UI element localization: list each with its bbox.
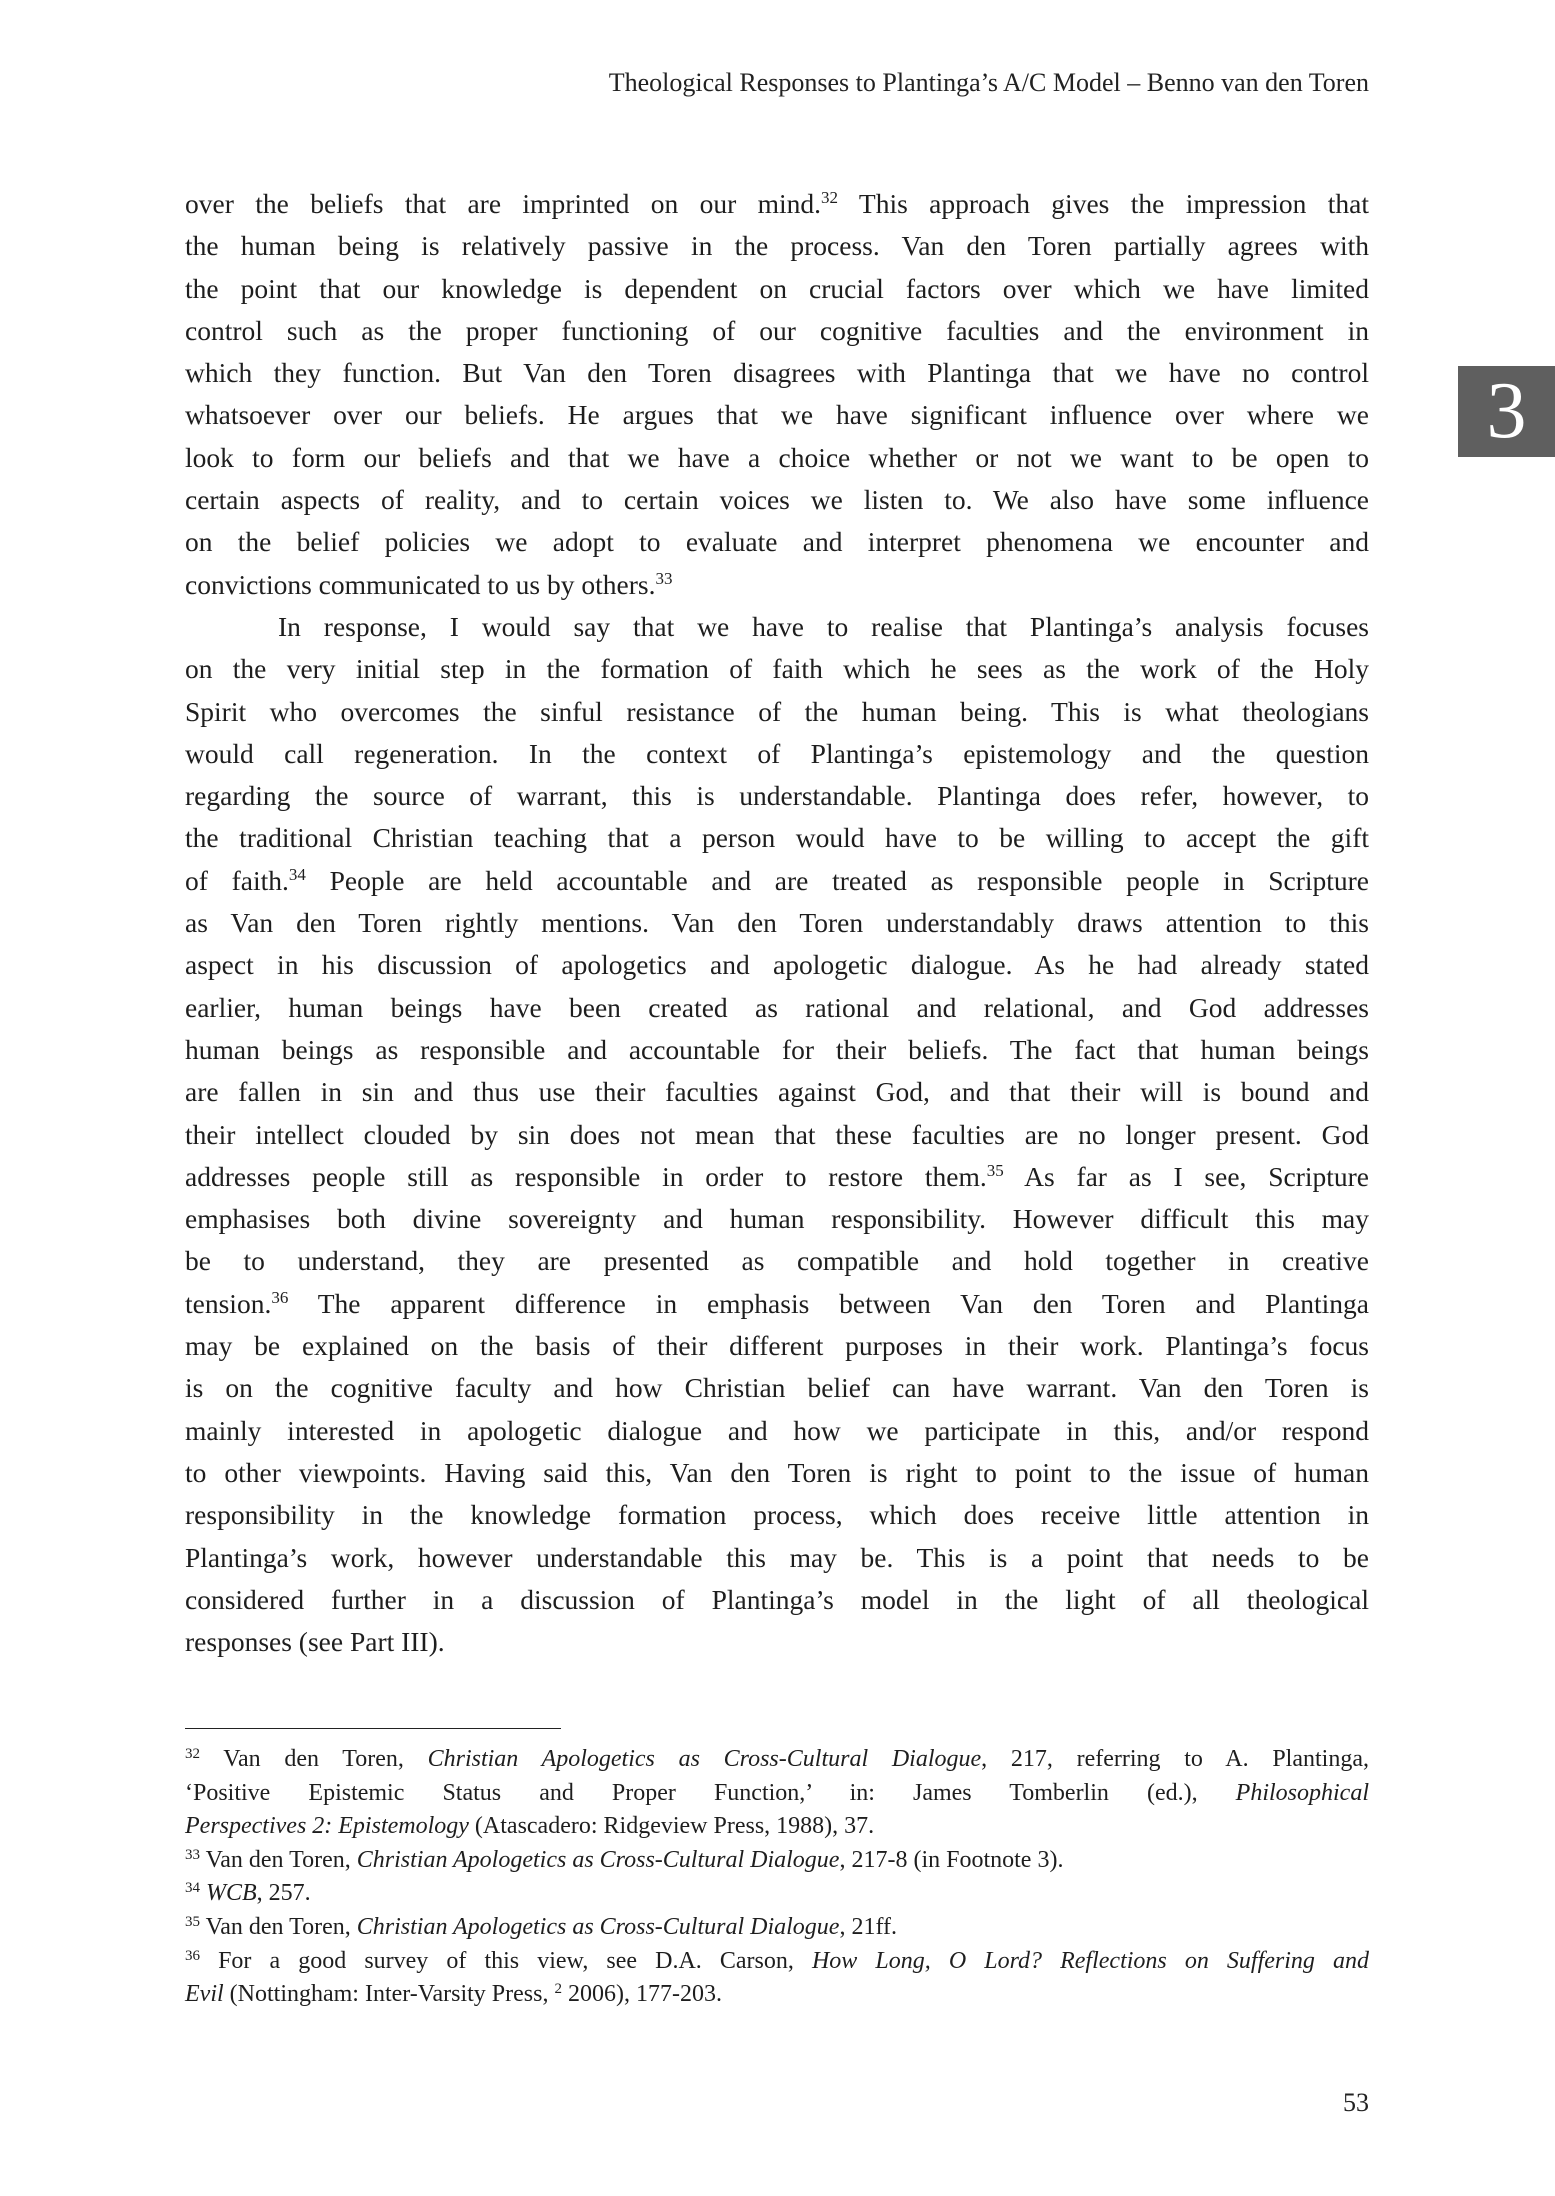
italic-title: Christian Apologetics as Cross-Cultural … — [357, 1847, 840, 1873]
footnote-line: 35 Van den Toren, Christian Apologetics … — [185, 1911, 1369, 1945]
text-line: on the belief policies we adopt to evalu… — [185, 521, 1369, 563]
footnote-ref[interactable]: 35 — [987, 1161, 1004, 1180]
text-line: of faith.34 People are held accountable … — [185, 860, 1369, 902]
footnote-text: 2006), 177-203. — [562, 1981, 722, 2007]
text-line: over the beliefs that are imprinted on o… — [185, 183, 1369, 225]
footnote-33: 33 Van den Toren, Christian Apologetics … — [185, 1844, 1369, 1878]
footnote-34: 34 WCB, 257. — [185, 1877, 1369, 1911]
footnote-line: Evil (Nottingham: Inter-Varsity Press, 2… — [185, 1978, 1369, 2012]
footnote-ref[interactable]: 33 — [655, 569, 672, 588]
footnote-line: Perspectives 2: Epistemology (Atascadero… — [185, 1810, 1369, 1844]
footnote-text: , 21ff. — [839, 1914, 897, 1940]
footnote-text: For a good survey of this view, see D.A.… — [200, 1948, 812, 1974]
text-line: be to understand, they are presented as … — [185, 1240, 1369, 1282]
text-line: to other viewpoints. Having said this, V… — [185, 1452, 1369, 1494]
chapter-tab: 3 — [1458, 366, 1555, 457]
text-line: emphasises both divine sovereignty and h… — [185, 1198, 1369, 1240]
footnote-text: , 217, referring to A. Plantinga, — [981, 1746, 1369, 1772]
text-line: convictions communicated to us by others… — [185, 564, 1369, 606]
footnote-36: 36 For a good survey of this view, see D… — [185, 1945, 1369, 2012]
text-line: the traditional Christian teaching that … — [185, 817, 1369, 859]
footnote-text: (Atascadero: Ridgeview Press, 1988), 37. — [469, 1813, 874, 1839]
footnote-line: 32 Van den Toren, Christian Apologetics … — [185, 1743, 1369, 1777]
paragraph: In response, I would say that we have to… — [185, 606, 1369, 1663]
text-line: would call regeneration. In the context … — [185, 733, 1369, 775]
footnote-line: 33 Van den Toren, Christian Apologetics … — [185, 1844, 1369, 1878]
text-line: as Van den Toren rightly mentions. Van d… — [185, 902, 1369, 944]
footnote-text: Van den Toren, — [200, 1746, 428, 1772]
text-line: the point that our knowledge is dependen… — [185, 268, 1369, 310]
text-line: tension.36 The apparent difference in em… — [185, 1283, 1369, 1325]
footnote-32: 32 Van den Toren, Christian Apologetics … — [185, 1743, 1369, 1844]
footnote-35: 35 Van den Toren, Christian Apologetics … — [185, 1911, 1369, 1945]
footnote-ref[interactable]: 32 — [821, 188, 838, 207]
italic-title: Christian Apologetics as Cross-Cultural … — [428, 1746, 982, 1772]
italic-title: Philosophical — [1236, 1780, 1369, 1806]
italic-title: Christian Apologetics as Cross-Cultural … — [357, 1914, 840, 1940]
footnote-ref[interactable]: 34 — [289, 865, 306, 884]
chapter-number: 3 — [1487, 367, 1527, 455]
text-line: Plantinga’s work, however understandable… — [185, 1537, 1369, 1579]
footnote-text: ‘Positive Epistemic Status and Proper Fu… — [185, 1780, 1236, 1806]
italic-title: How Long, O Lord? Reflections on Sufferi… — [812, 1948, 1369, 1974]
text-line: control such as the proper functioning o… — [185, 310, 1369, 352]
footnote-number: 33 — [185, 1847, 200, 1863]
text-line: whatsoever over our beliefs. He argues t… — [185, 394, 1369, 436]
text-line: look to form our beliefs and that we hav… — [185, 437, 1369, 479]
italic-title: WCB — [206, 1880, 257, 1906]
body-text: over the beliefs that are imprinted on o… — [185, 183, 1369, 1663]
footnote-separator — [185, 1728, 561, 1729]
text-line: Spirit who overcomes the sinful resistan… — [185, 691, 1369, 733]
footnote-number: 35 — [185, 1914, 200, 1930]
footnote-number: 32 — [185, 1746, 200, 1762]
footnotes: 32 Van den Toren, Christian Apologetics … — [185, 1743, 1369, 2012]
text-line: In response, I would say that we have to… — [185, 606, 1369, 648]
footnote-text: (Nottingham: Inter-Varsity Press, — [224, 1981, 555, 2007]
footnote-text: , 217-8 (in Footnote 3). — [839, 1847, 1063, 1873]
page-number: 53 — [1300, 2086, 1369, 2120]
text-line: on the very initial step in the formatio… — [185, 648, 1369, 690]
italic-title: Perspectives 2: Epistemology — [185, 1813, 469, 1839]
footnote-line: 34 WCB, 257. — [185, 1877, 1369, 1911]
footnote-number: 34 — [185, 1880, 200, 1896]
text-line: which they function. But Van den Toren d… — [185, 352, 1369, 394]
text-line: regarding the source of warrant, this is… — [185, 775, 1369, 817]
text-line: aspect in his discussion of apologetics … — [185, 944, 1369, 986]
footnote-text: Van den Toren, — [200, 1914, 357, 1940]
text-line: their intellect clouded by sin does not … — [185, 1114, 1369, 1156]
text-line: may be explained on the basis of their d… — [185, 1325, 1369, 1367]
text-line: earlier, human beings have been created … — [185, 987, 1369, 1029]
footnote-text: , 257. — [257, 1880, 311, 1906]
text-line: mainly interested in apologetic dialogue… — [185, 1410, 1369, 1452]
text-line: are fallen in sin and thus use their fac… — [185, 1071, 1369, 1113]
text-line: certain aspects of reality, and to certa… — [185, 479, 1369, 521]
footnote-line: ‘Positive Epistemic Status and Proper Fu… — [185, 1777, 1369, 1811]
text-line: addresses people still as responsible in… — [185, 1156, 1369, 1198]
footnote-line: 36 For a good survey of this view, see D… — [185, 1945, 1369, 1979]
running-header: Theological Responses to Plantinga’s A/C… — [185, 66, 1369, 100]
footnote-text: Van den Toren, — [200, 1847, 357, 1873]
text-line: the human being is relatively passive in… — [185, 225, 1369, 267]
text-line: responsibility in the knowledge formatio… — [185, 1494, 1369, 1536]
text-line: responses (see Part III). — [185, 1621, 1369, 1663]
text-line: considered further in a discussion of Pl… — [185, 1579, 1369, 1621]
footnote-number: 2 — [554, 1981, 562, 1997]
footnote-number: 36 — [185, 1948, 200, 1964]
footnote-ref[interactable]: 36 — [271, 1288, 288, 1307]
italic-title: Evil — [185, 1981, 224, 2007]
paragraph: over the beliefs that are imprinted on o… — [185, 183, 1369, 606]
text-line: human beings as responsible and accounta… — [185, 1029, 1369, 1071]
text-line: is on the cognitive faculty and how Chri… — [185, 1367, 1369, 1409]
